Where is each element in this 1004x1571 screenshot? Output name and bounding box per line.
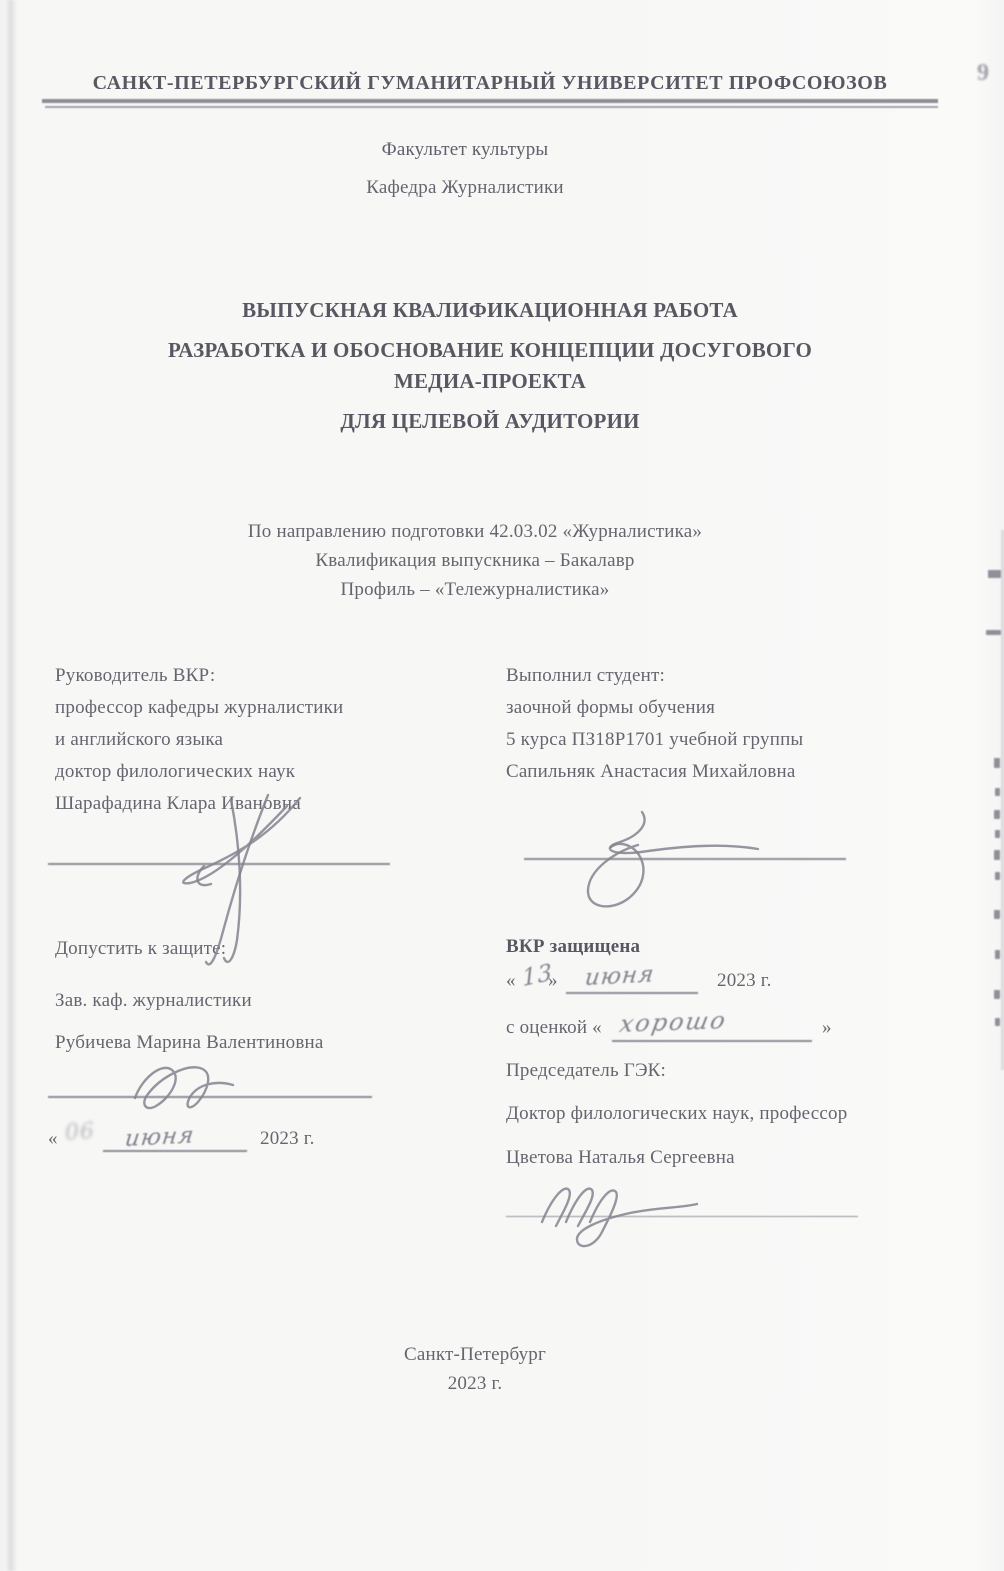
admission-name: Рубичева Марина Валентиновна [55,1032,324,1054]
work-title-line2: МЕДИА-ПРОЕКТА [30,369,950,394]
student-label: Выполнил студент: [506,660,946,692]
scan-artifact-mark [994,810,1000,819]
student-block: Выполнил студент: заочной формы обучения… [506,660,946,788]
scan-artifact-mark [988,570,1001,578]
scan-artifact-mark [995,1018,1000,1026]
defense-date-month-handwritten: июня [583,961,656,991]
university-name: САНКТ-ПЕТЕРБУРГСКИЙ ГУМАНИТАРНЫЙ УНИВЕРС… [40,72,940,95]
defense-grade-close-quote: » [822,1017,832,1039]
program-qualification: Квалификация выпускника – Бакалавр [10,550,940,572]
admission-label: Допустить к защите: [55,938,226,960]
student-name: Сапильняк Анастасия Михайловна [506,756,946,788]
admission-date-day-handwritten: 06 [64,1119,96,1146]
scan-artifact-mark [995,788,1000,796]
supervisor-line2: и английского языка [55,724,475,756]
page-edge-shadow [6,0,16,1571]
header-rule-thin [45,106,938,108]
work-title-line1: РАЗРАБОТКА И ОБОСНОВАНИЕ КОНЦЕПЦИИ ДОСУГ… [30,338,950,363]
student-line1: заочной формы обучения [506,692,946,724]
admission-date-quote: « [48,1128,58,1150]
supervisor-block: Руководитель ВКР: профессор кафедры журн… [55,660,475,820]
faculty-name: Факультет культуры [0,139,930,161]
footer-city: Санкт-Петербург [10,1344,940,1366]
chair-signature [542,1189,697,1246]
program-direction: По направлению подготовки 42.03.02 «Журн… [10,521,940,543]
supervisor-label: Руководитель ВКР: [55,660,475,692]
scan-artifact-mark [994,758,1000,768]
scan-artifact-mark [995,830,1000,838]
supervisor-line1: профессор кафедры журналистики [55,692,475,724]
defense-chair-name: Цветова Наталья Сергеевна [506,1147,735,1169]
admission-signature [135,1067,233,1108]
admission-position: Зав. каф. журналистики [55,990,252,1012]
scan-artifact-corner-glyph: 9 [977,60,989,87]
defense-date-underline [566,992,698,994]
scan-artifact-mark [986,630,1001,635]
work-title-line3: ДЛЯ ЦЕЛЕВОЙ АУДИТОРИИ [30,409,950,434]
footer-year: 2023 г. [10,1373,940,1395]
supervisor-name: Шарафадина Клара Ивановна [55,788,475,820]
defense-date-year: 2023 г. [717,970,772,992]
supervisor-line3: доктор филологических наук [55,756,475,788]
scanned-page: 9 САНКТ-ПЕТЕРБУРГСКИЙ ГУМАНИТАРНЫЙ УНИВЕ… [0,0,1004,1571]
defense-grade-handwritten: хорошо [618,1006,730,1038]
admission-date-month-handwritten: июня [123,1122,196,1152]
defense-date-close-quote: » [548,970,558,992]
work-type: ВЫПУСКНАЯ КВАЛИФИКАЦИОННАЯ РАБОТА [30,298,950,323]
admission-signature-line [48,1096,372,1098]
defense-chair-degree: Доктор филологических наук, профессор [506,1103,847,1125]
scan-artifact-mark [994,910,1000,919]
chair-signature-line [506,1216,858,1217]
student-line2: 5 курса ПЗ18Р1701 учебной группы [506,724,946,756]
defense-date-open-quote: « [506,970,516,992]
department-name: Кафедра Журналистики [0,177,930,199]
defense-grade-prefix: с оценкой « [506,1017,602,1039]
scan-artifact-mark [994,850,1000,860]
scan-artifact-mark [994,990,1000,999]
scan-artifact-mark [995,950,1000,959]
student-signature-line [524,858,846,860]
admission-date-year: 2023 г. [260,1128,315,1150]
defense-chair-label: Председатель ГЭК: [506,1060,666,1082]
scan-artifact-mark [995,872,1000,880]
supervisor-signature-line [48,863,390,865]
header-rule-thick [42,99,938,103]
defense-label: ВКР защищена [506,936,640,958]
defense-grade-underline [612,1040,812,1042]
program-profile: Профиль – «Тележурналистика» [10,579,940,601]
